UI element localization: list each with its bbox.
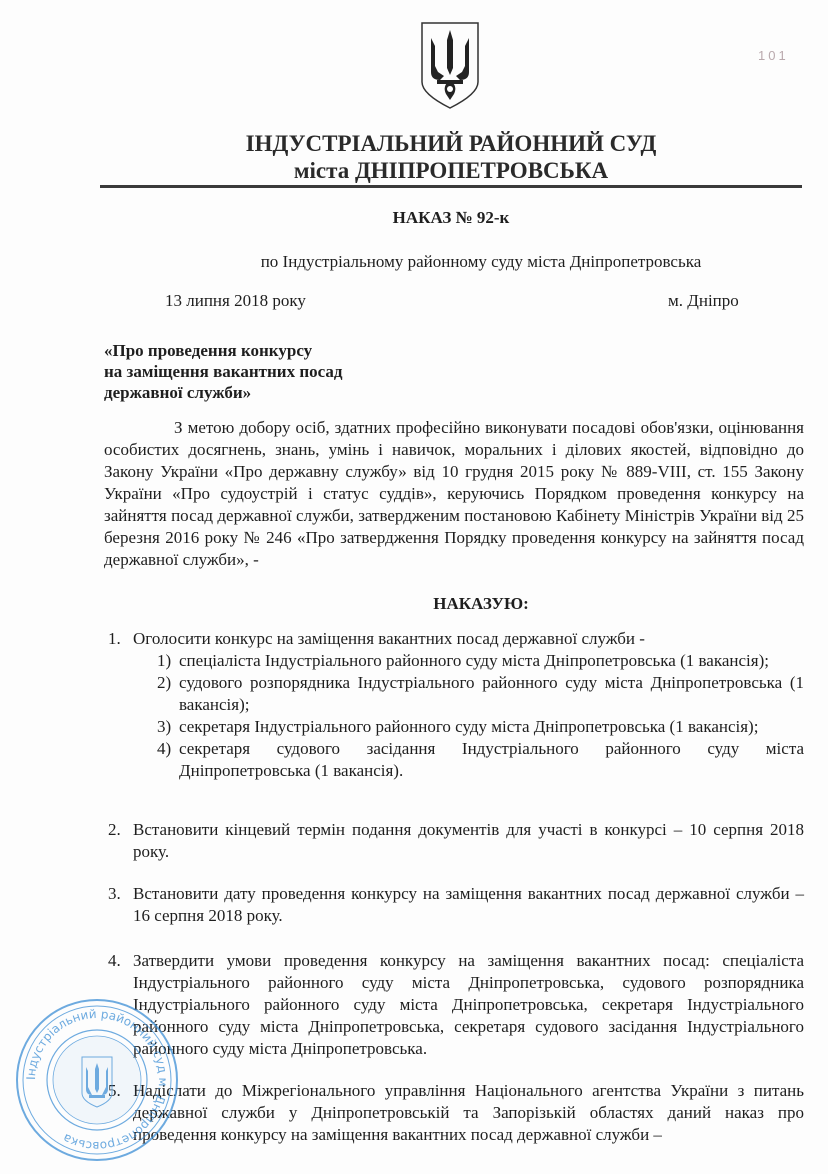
item-number: 3. <box>108 883 121 905</box>
item-text: Встановити дату проведення конкурсу на з… <box>133 883 804 927</box>
decree-heading: НАКАЗУЮ: <box>100 594 802 614</box>
item-text: Оголосити конкурс на заміщення вакантних… <box>133 628 804 650</box>
subject-line: «Про проведення конкурсу <box>104 340 342 361</box>
order-subject: «Про проведення конкурсу на заміщення ва… <box>104 340 342 403</box>
order-item-5: 5. Надіслати до Міжрегіонального управлі… <box>104 1080 804 1146</box>
subitem-number: 4) <box>157 738 171 760</box>
order-date: 13 липня 2018 року <box>165 291 306 311</box>
preamble-paragraph: З метою добору осіб, здатних професійно … <box>104 417 804 571</box>
court-name-line1: ІНДУСТРІАЛЬНИЙ РАЙОННИЙ СУД <box>100 130 802 157</box>
order-item-1: 1. Оголосити конкурс на заміщення вакант… <box>104 628 804 782</box>
subitem-2: 2) судового розпорядника Індустріального… <box>157 672 804 716</box>
subitem-3: 3) секретаря Індустріального районного с… <box>157 716 804 738</box>
court-name-line2: міста ДНІПРОПЕТРОВСЬКА <box>100 157 802 184</box>
order-city: м. Дніпро <box>668 291 739 311</box>
subitem-number: 2) <box>157 672 171 694</box>
order-item-4: 4. Затвердити умови проведення конкурсу … <box>104 950 804 1060</box>
subitem-text: секретаря судового засідання Індустріаль… <box>179 738 804 782</box>
subitem-text: судового розпорядника Індустріального ра… <box>179 672 804 716</box>
order-item-2: 2. Встановити кінцевий термін подання до… <box>104 819 804 863</box>
subitem-number: 3) <box>157 716 171 738</box>
order-item-3: 3. Встановити дату проведення конкурсу н… <box>104 883 804 927</box>
header-divider <box>100 185 802 188</box>
subitem-text: секретаря Індустріального районного суду… <box>179 716 804 738</box>
order-subtitle: по Індустріальному районному суду міста … <box>100 252 802 272</box>
document-page: 101 ІНДУСТРІАЛЬНИЙ РАЙОННИЙ СУД міста ДН… <box>0 0 828 1174</box>
court-name-header: ІНДУСТРІАЛЬНИЙ РАЙОННИЙ СУД міста ДНІПРО… <box>100 130 802 184</box>
order-number: НАКАЗ № 92-к <box>100 208 802 228</box>
subitem-4: 4) секретаря судового засідання Індустрі… <box>157 738 804 782</box>
item-number: 2. <box>108 819 121 841</box>
subject-line: державної служби» <box>104 382 342 403</box>
item-text: Встановити кінцевий термін подання докум… <box>133 819 804 863</box>
item-number: 4. <box>108 950 121 972</box>
subject-line: на заміщення вакантних посад <box>104 361 342 382</box>
trident-coat-of-arms-icon <box>418 20 482 110</box>
item-text: Надіслати до Міжрегіонального управління… <box>133 1080 804 1146</box>
official-court-seal-icon: Індустріальний районний суд м. Дніпропет… <box>12 995 182 1165</box>
page-number-mark: 101 <box>758 48 789 63</box>
item-text: Затвердити умови проведення конкурсу на … <box>133 950 804 1060</box>
subitem-text: спеціаліста Індустріального районного су… <box>179 650 804 672</box>
subitem-number: 1) <box>157 650 171 672</box>
item-number: 1. <box>108 628 121 650</box>
subitem-1: 1) спеціаліста Індустріального районного… <box>157 650 804 672</box>
